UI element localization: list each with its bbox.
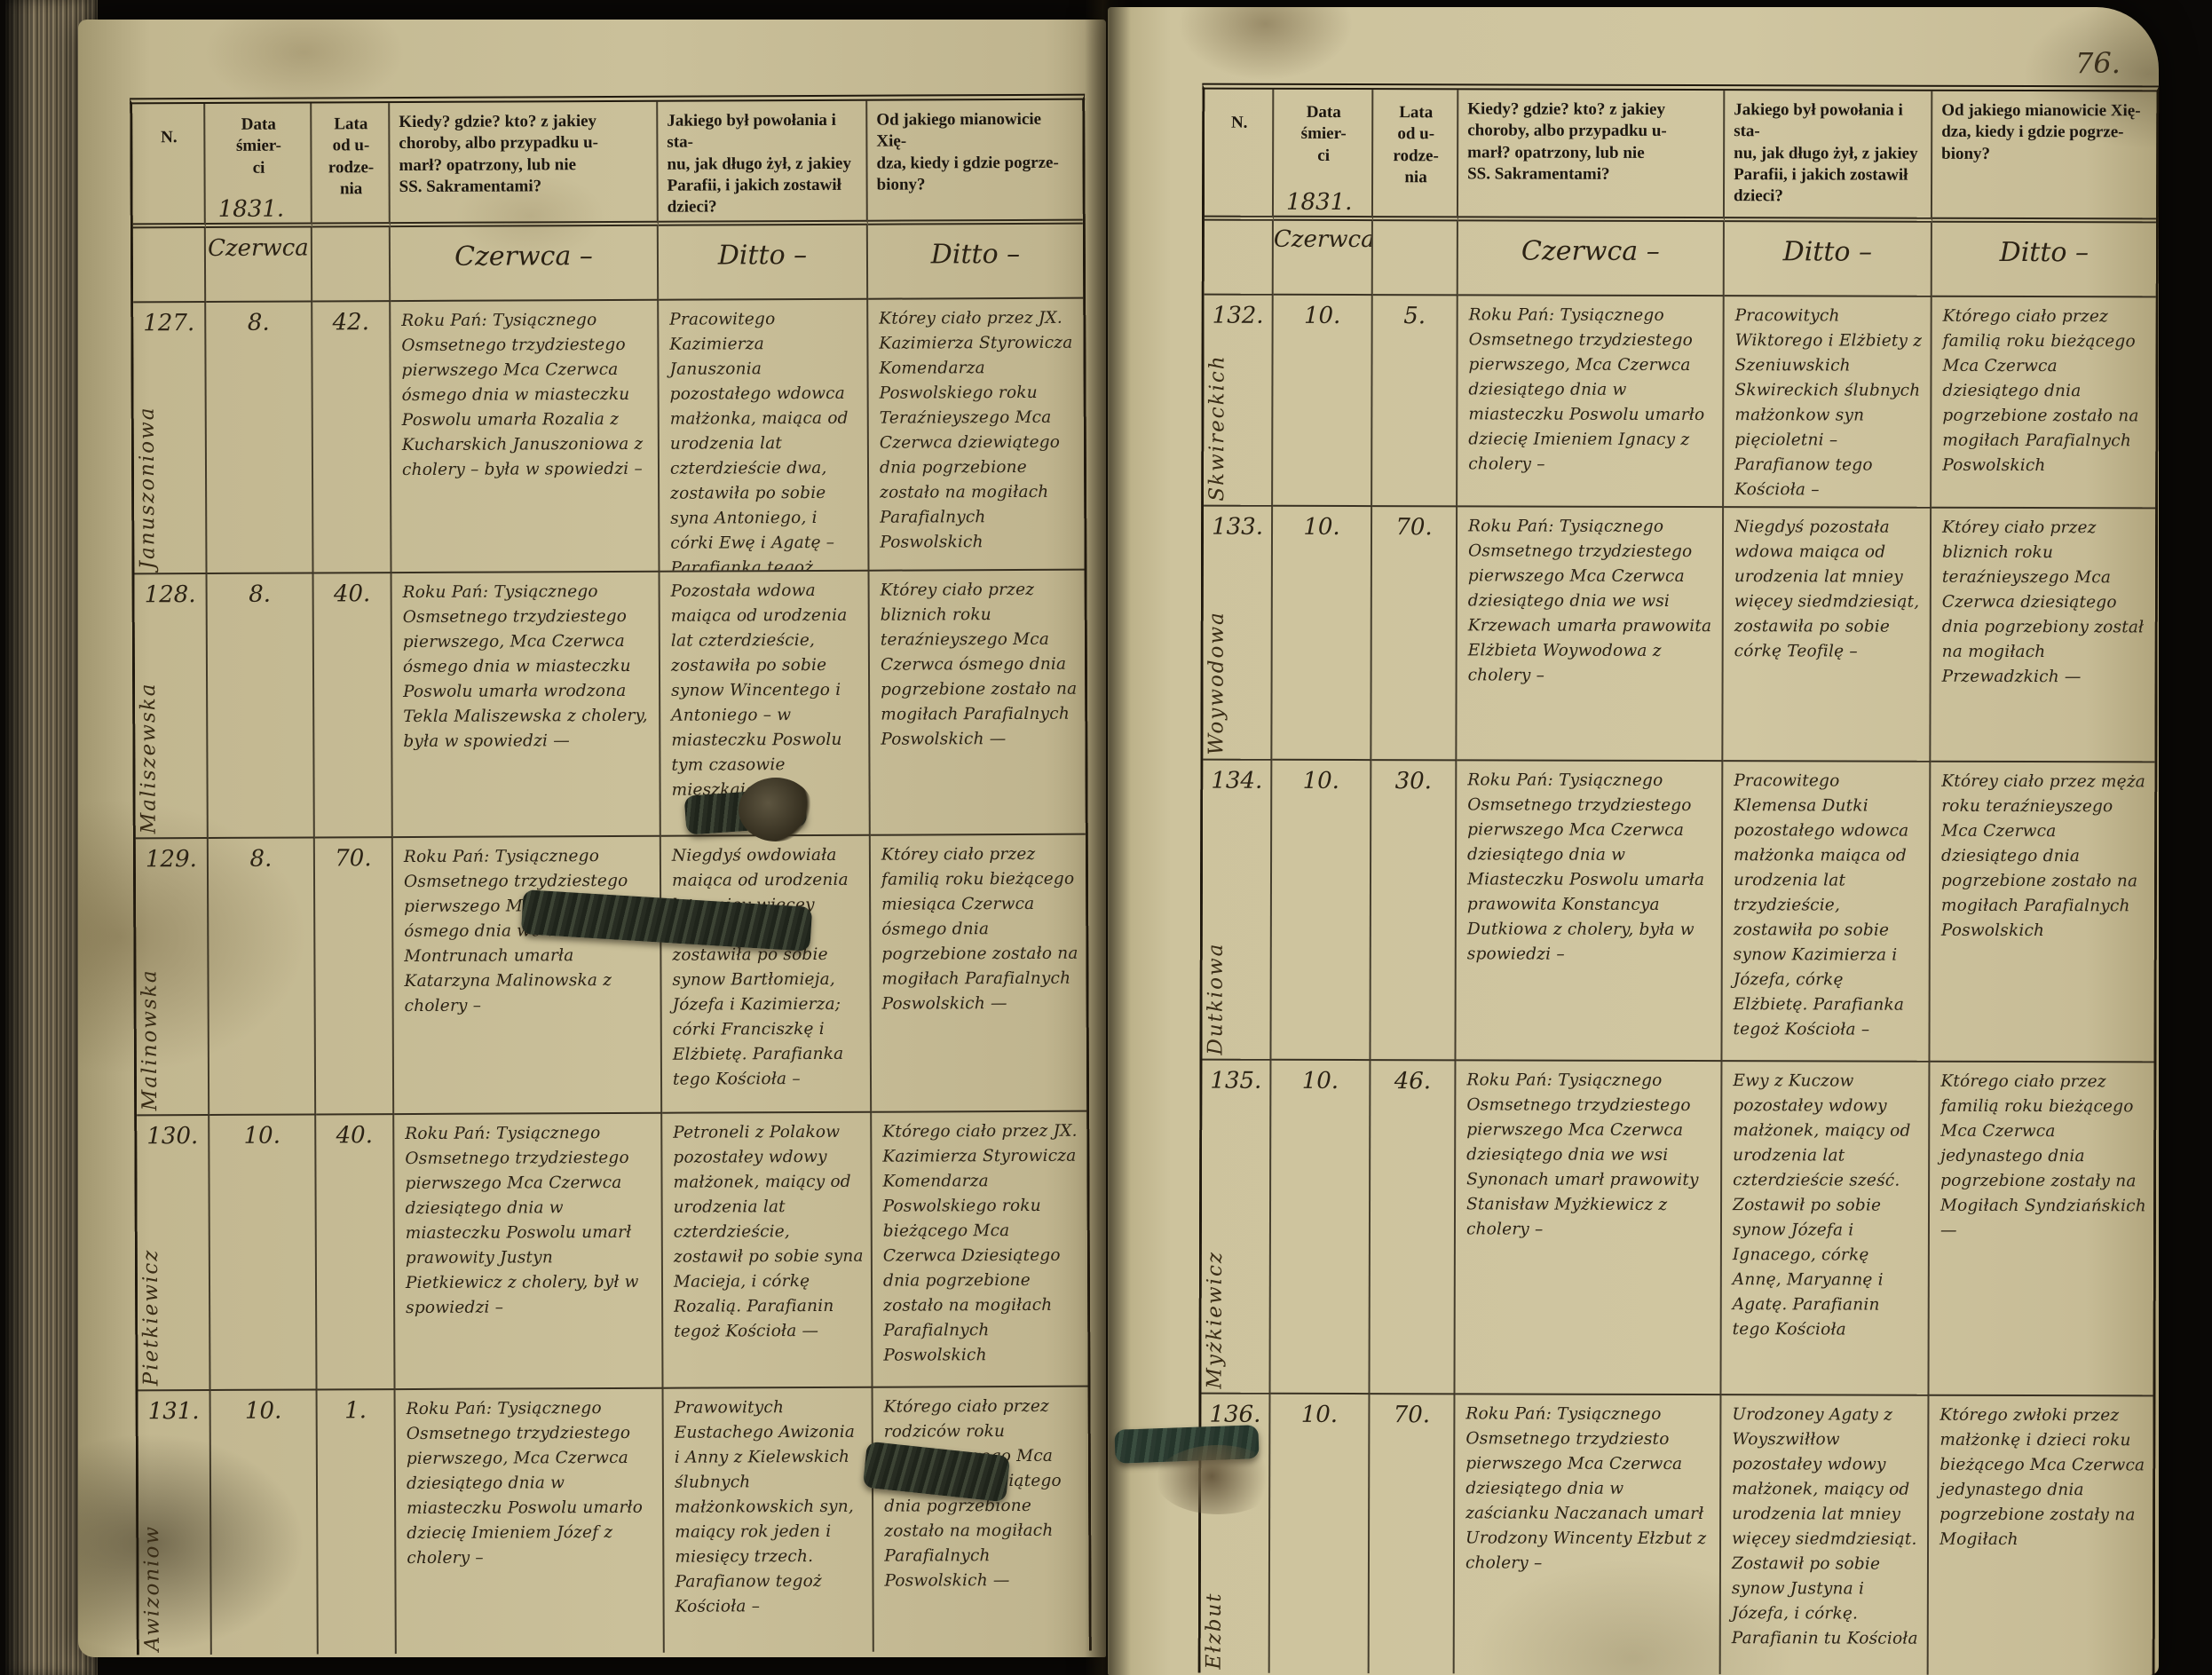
entry-n-cell: 129.Malinowska <box>136 839 209 1116</box>
entry-vocation-text: Pracowitego Kazimierza Januszonia pozost… <box>659 300 867 573</box>
entry-burial-text: Którey ciało przez bliznich roku teraźni… <box>870 571 1086 753</box>
entry-when-cell: Roku Pań: Tysiącznego Osmsetnego trzydzi… <box>1458 296 1725 508</box>
entry-vocation-cell: Urodzoney Agaty z Woyszwiłłow pozostałey… <box>1721 1395 1930 1675</box>
entry-n-cell: 132.Skwireckich <box>1204 296 1274 507</box>
entry-vocation-cell: Pracowitego Klemensa Dutki pozostałego w… <box>1722 762 1931 1063</box>
year-annotation: 1831. <box>1286 189 1353 216</box>
entry-burial-cell: Którey ciało przez bliznich roku teraźni… <box>870 571 1086 836</box>
header-label-death-date: Data śmier- ci <box>205 103 310 178</box>
entry-death-date: 10. <box>211 1390 316 1425</box>
entry-age: 5. <box>1373 296 1457 329</box>
entry-burial-text: Którey ciało przez familią roku bieżąceg… <box>871 835 1086 1017</box>
entry-vocation-text: Pozostała wdowa maiąca od urodzenia lat … <box>660 572 869 803</box>
entry-when-cell: Roku Pań: Tysiącznego Osmsetnego trzydzi… <box>1456 761 1723 1062</box>
entry-number: 134. <box>1203 761 1270 794</box>
entry-age-cell: 40. <box>314 573 393 838</box>
entry-number: 133. <box>1204 507 1271 541</box>
book-gutter <box>1085 0 1131 1675</box>
header-label-n: N. <box>1205 90 1272 135</box>
header-cell-death-date: Data śmier- ci1831. <box>1274 90 1373 221</box>
entry-burial-text: Którey ciało przez JX. Kazimierza Styrow… <box>868 299 1084 556</box>
entry-margin-name: Dutkiowa <box>1204 807 1240 1055</box>
entry-age-cell: 42. <box>312 302 391 573</box>
entry-age: 46. <box>1371 1061 1454 1094</box>
entry-when-text: Roku Pań: Tysiącznego Osmsetnego trzydzi… <box>1458 507 1723 689</box>
entry-n-cell: 127.Januszoniowa <box>133 303 207 574</box>
year-annotation: 1831. <box>218 196 285 223</box>
entry-margin-name: Pietkiewicz <box>138 1162 175 1386</box>
entry-burial-cell: Którego ciało przez rodziców roku teraźn… <box>873 1387 1089 1652</box>
header-label-vocation: Jakiego był powołania i sta- nu, jak dłu… <box>1725 91 1931 208</box>
entry-when-cell: Roku Pań: Tysiącznego Osmsetnego trzydzi… <box>391 301 660 573</box>
header-label-age: Lata od u- rodze- nia <box>312 103 388 201</box>
header-label-when: Kiedy? gdzie? kto? z jakiey choroby, alb… <box>390 102 656 199</box>
month-script: Czerwca <box>1274 221 1371 253</box>
header-cell-age: Lata od u- rodze- nia <box>1373 90 1458 221</box>
month-cell-burial: Ditto – <box>1932 223 2156 298</box>
entry-age: 42. <box>312 302 389 336</box>
entry-when-text: Roku Pań: Tysiącznego Osmsetnego trzydzi… <box>1455 1395 1720 1576</box>
header-label-n: N. <box>132 104 203 149</box>
entry-burial-cell: Którego ciało przez familią roku bieżące… <box>1929 1063 2153 1397</box>
header-label-when: Kiedy? gdzie? kto? z jakiey choroby, alb… <box>1458 90 1723 186</box>
month-ditto-2: Ditto – <box>1932 223 2156 269</box>
entry-vocation-cell: Pracowitych Wiktorego i Elżbiety z Szeni… <box>1724 296 1932 509</box>
entry-death-date: 8. <box>209 838 313 873</box>
entry-death-date-cell: 10. <box>1270 1395 1371 1673</box>
entry-vocation-cell: Niegdyś pozostała wdowa maiąca od urodze… <box>1723 508 1932 762</box>
entry-n-cell: 133.Woywodowa <box>1203 507 1273 761</box>
entry-when-cell: Roku Pań: Tysiącznego Osmsetnego trzydzi… <box>1455 1395 1722 1674</box>
header-cell-vocation: Jakiego był powołania i sta- nu, jak dłu… <box>1725 91 1932 223</box>
entry-death-date: 10. <box>1272 761 1370 794</box>
binding-cord-fray-4 <box>1156 1445 1280 1514</box>
header-label-age: Lata od u- rodze- nia <box>1373 90 1457 188</box>
entry-number: 136. <box>1201 1395 1268 1428</box>
month-cell-n <box>133 228 206 303</box>
entry-number: 127. <box>133 303 204 336</box>
header-label-burial: Od jakiego mianowicie Xię- dza, kiedy i … <box>1932 91 2156 166</box>
entry-number: 129. <box>136 839 207 873</box>
entry-vocation-cell: Petroneli z Polakow pozostałey wdowy mał… <box>662 1113 873 1389</box>
entry-when-text: Roku Pań: Tysiącznego Osmsetnego trzydzi… <box>396 1389 663 1571</box>
entry-number: 131. <box>138 1391 209 1425</box>
header-cell-n: N. <box>1205 90 1274 221</box>
entry-age: 40. <box>314 573 391 607</box>
entry-burial-text: Którey ciało przez bliznich roku teraźni… <box>1932 509 2156 691</box>
header-cell-age: Lata od u- rodze- nia <box>312 103 391 227</box>
entry-age: 40. <box>316 1115 392 1149</box>
entry-n-cell: 131.Awizoniow <box>138 1391 212 1655</box>
entry-when-cell: Roku Pań: Tysiącznego Osmsetnego trzydzi… <box>396 1389 665 1654</box>
entry-death-date: 10. <box>1273 507 1371 541</box>
month-cell-age <box>1373 221 1458 296</box>
entry-when-text: Roku Pań: Tysiącznego Osmsetnego trzydzi… <box>1456 1061 1721 1243</box>
month-cell-age <box>312 227 391 302</box>
entry-number: 132. <box>1205 296 1272 329</box>
header-label-burial: Od jakiego mianowicie Xię- dza, kiedy i … <box>867 100 1082 196</box>
entry-margin-name: Myżkiewicz <box>1203 1107 1239 1389</box>
month-cell-burial: Ditto – <box>868 225 1083 300</box>
month-cell-when: Czerwca – <box>391 226 659 302</box>
entry-burial-text: Którego zwłoki przez małżonkę i dzieci r… <box>1929 1396 2153 1553</box>
entry-age-cell: 5. <box>1372 296 1458 507</box>
entry-n-cell: 130.Pietkiewicz <box>137 1116 210 1391</box>
header-cell-when: Kiedy? gdzie? kto? z jakiey choroby, alb… <box>390 102 659 227</box>
entry-age-cell: 70. <box>315 838 394 1115</box>
entry-burial-cell: Którey ciało przez JX. Kazimierza Styrow… <box>868 299 1084 572</box>
entry-death-date-cell: 8. <box>206 302 313 574</box>
entry-age: 70. <box>315 838 391 872</box>
entry-age: 70. <box>1372 507 1456 541</box>
entry-vocation-text: Petroneli z Polakow pozostałey wdowy mał… <box>662 1113 871 1345</box>
entry-n-cell: 135.Myżkiewicz <box>1201 1061 1271 1395</box>
entry-when-text: Roku Pań: Tysiącznego Osmsetnego trzydzi… <box>1458 296 1723 478</box>
entry-vocation-cell: Pracowitego Kazimierza Januszonia pozost… <box>659 300 869 573</box>
entry-n-cell: 134.Dutkiowa <box>1202 761 1272 1061</box>
entry-n-cell: 128.Maliszewska <box>135 574 209 839</box>
entry-number: 128. <box>135 574 206 608</box>
entry-margin-name: Januszoniowa <box>135 349 171 569</box>
entry-margin-name: Skwireckich <box>1205 342 1241 502</box>
page-number: 76. <box>2075 46 2121 80</box>
entry-death-date-cell: 10. <box>211 1390 319 1655</box>
entry-when-text: Roku Pań: Tysiącznego Osmsetnego trzydzi… <box>394 1114 661 1321</box>
header-label-vocation: Jakiego był powołania i sta- nu, jak dłu… <box>658 101 866 219</box>
entry-death-date-cell: 8. <box>209 838 316 1116</box>
entry-death-date-cell: 10. <box>1272 507 1372 761</box>
entry-burial-cell: Którey ciało przez męża roku teraźnieysz… <box>1930 762 2154 1063</box>
entry-when-text: Roku Pań: Tysiącznego Osmsetnego trzydzi… <box>391 301 658 483</box>
header-cell-n: N. <box>132 104 206 228</box>
entry-margin-name: Woywodowa <box>1205 553 1241 755</box>
header-cell-death-date: Data śmier- ci1831. <box>205 103 312 228</box>
entry-margin-name: Malinowska <box>138 885 174 1110</box>
record-table-left: N. Data śmier- ci1831. Lata od u- rodze-… <box>130 94 1092 1655</box>
entry-death-date: 8. <box>208 573 312 608</box>
entry-age-cell: 1. <box>318 1390 397 1654</box>
month-cell-vocation: Ditto – <box>659 225 868 301</box>
entry-vocation-text: Ewy z Kuczow pozostałey wdowy małżonek, … <box>1722 1062 1929 1343</box>
entry-death-date-cell: 8. <box>208 573 315 839</box>
entry-when-cell: Roku Pań: Tysiącznego Osmsetnego trzydzi… <box>393 837 662 1115</box>
entry-age-cell: 70. <box>1370 1395 1456 1673</box>
entry-when-text: Roku Pań: Tysiącznego Osmsetnego trzydzi… <box>392 573 660 755</box>
entry-when-text: Roku Pań: Tysiącznego Osmsetnego trzydzi… <box>1457 761 1722 968</box>
entry-when-cell: Roku Pań: Tysiącznego Osmsetnego trzydzi… <box>1457 507 1724 762</box>
month-cell-date: Czerwca <box>206 227 312 303</box>
entry-age-cell: 40. <box>316 1115 395 1390</box>
entry-death-date: 10. <box>1274 296 1371 329</box>
entry-burial-text: Którego ciało przez JX. Kazimierza Styro… <box>872 1112 1087 1369</box>
month-cell-vocation: Ditto – <box>1725 222 1932 297</box>
entry-vocation-cell: Niegdyś owdowiała maiąca od urodzenia la… <box>661 836 872 1114</box>
month-when-script: Czerwca – <box>1458 221 1723 267</box>
entry-when-cell: Roku Pań: Tysiącznego Osmsetnego trzydzi… <box>392 573 661 838</box>
entry-vocation-text: Pracowitego Klemensa Dutki pozostałego w… <box>1723 762 1930 1043</box>
entry-death-date: 10. <box>209 1115 314 1150</box>
entry-death-date: 10. <box>1271 1061 1369 1094</box>
month-when-script: Czerwca – <box>391 226 657 273</box>
month-cell-date: Czerwca <box>1274 221 1373 296</box>
entry-burial-cell: Którego ciało przez familią roku bieżące… <box>1932 297 2156 510</box>
entry-burial-text: Którego ciało przez familią roku bieżące… <box>1932 297 2156 479</box>
entry-death-date-cell: 10. <box>1273 296 1373 507</box>
register-book-photo: 76. N. Data śmier- ci1831. Lata od u- ro… <box>0 0 2212 1675</box>
entry-vocation-text: Pracowitych Wiktorego i Elżbiety z Szeni… <box>1724 296 1931 503</box>
entry-when-cell: Roku Pań: Tysiącznego Osmsetnego trzydzi… <box>394 1114 663 1390</box>
month-ditto-2: Ditto – <box>868 225 1083 271</box>
entry-death-date: 8. <box>206 302 311 336</box>
entry-burial-cell: Którey ciało przez bliznich roku teraźni… <box>1931 509 2155 763</box>
entry-vocation-text: Niegdyś pozostała wdowa maiąca od urodze… <box>1724 508 1930 665</box>
entry-vocation-cell: Prawowitych Eustachego Awizonia i Anny z… <box>664 1388 874 1653</box>
entry-number: 130. <box>137 1116 208 1150</box>
entry-when-cell: Roku Pań: Tysiącznego Osmsetnego trzydzi… <box>1455 1061 1722 1395</box>
entry-age-cell: 70. <box>1371 507 1458 761</box>
entry-vocation-text: Prawowitych Eustachego Awizonia i Anny z… <box>664 1388 873 1620</box>
month-cell-n <box>1205 221 1274 296</box>
header-cell-when: Kiedy? gdzie? kto? z jakiey choroby, alb… <box>1458 90 1725 222</box>
entry-death-date-cell: 10. <box>1271 761 1371 1061</box>
entry-burial-cell: Którey ciało przez familią roku bieżąceg… <box>871 835 1086 1113</box>
header-cell-vocation: Jakiego był powołania i sta- nu, jak dłu… <box>658 101 868 226</box>
entry-margin-name: Awizoniow <box>140 1437 177 1651</box>
entry-margin-name: Maliszewska <box>137 620 173 834</box>
entry-burial-cell: Którego zwłoki przez małżonkę i dzieci r… <box>1929 1396 2153 1675</box>
entry-death-date-cell: 10. <box>1270 1061 1371 1395</box>
month-cell-when: Czerwca – <box>1458 221 1725 296</box>
binding-cord-knot-1 <box>739 778 813 841</box>
entry-age: 70. <box>1370 1395 1453 1428</box>
month-ditto-1: Ditto – <box>1725 222 1931 268</box>
month-script: Czerwca <box>206 227 311 262</box>
entry-death-date: 10. <box>1270 1395 1368 1428</box>
entry-age: 30. <box>1371 761 1455 794</box>
entry-age-cell: 30. <box>1371 761 1457 1061</box>
entry-vocation-cell: Ewy z Kuczow pozostałey wdowy małżonek, … <box>1721 1062 1930 1396</box>
entry-burial-cell: Którego ciało przez JX. Kazimierza Styro… <box>872 1112 1087 1388</box>
entry-burial-text: Którey ciało przez męża roku teraźnieysz… <box>1931 762 2155 944</box>
entry-death-date-cell: 10. <box>209 1115 317 1391</box>
entry-vocation-text: Urodzoney Agaty z Woyszwiłłow pozostałey… <box>1721 1395 1928 1652</box>
entry-number: 135. <box>1202 1061 1269 1094</box>
month-ditto-1: Ditto – <box>659 225 866 272</box>
header-cell-burial: Od jakiego mianowicie Xię- dza, kiedy i … <box>867 100 1083 225</box>
entry-vocation-text: Niegdyś owdowiała maiąca od urodzenia la… <box>661 836 870 1093</box>
entry-age-cell: 46. <box>1370 1061 1456 1395</box>
entry-age: 1. <box>318 1390 394 1424</box>
entry-burial-text: Którego ciało przez familią roku bieżące… <box>1930 1063 2154 1244</box>
record-table-right: N. Data śmier- ci1831. Lata od u- rodze-… <box>1198 83 2160 1675</box>
header-label-death-date: Data śmier- ci <box>1274 90 1371 167</box>
header-cell-burial: Od jakiego mianowicie Xię- dza, kiedy i … <box>1932 91 2156 224</box>
